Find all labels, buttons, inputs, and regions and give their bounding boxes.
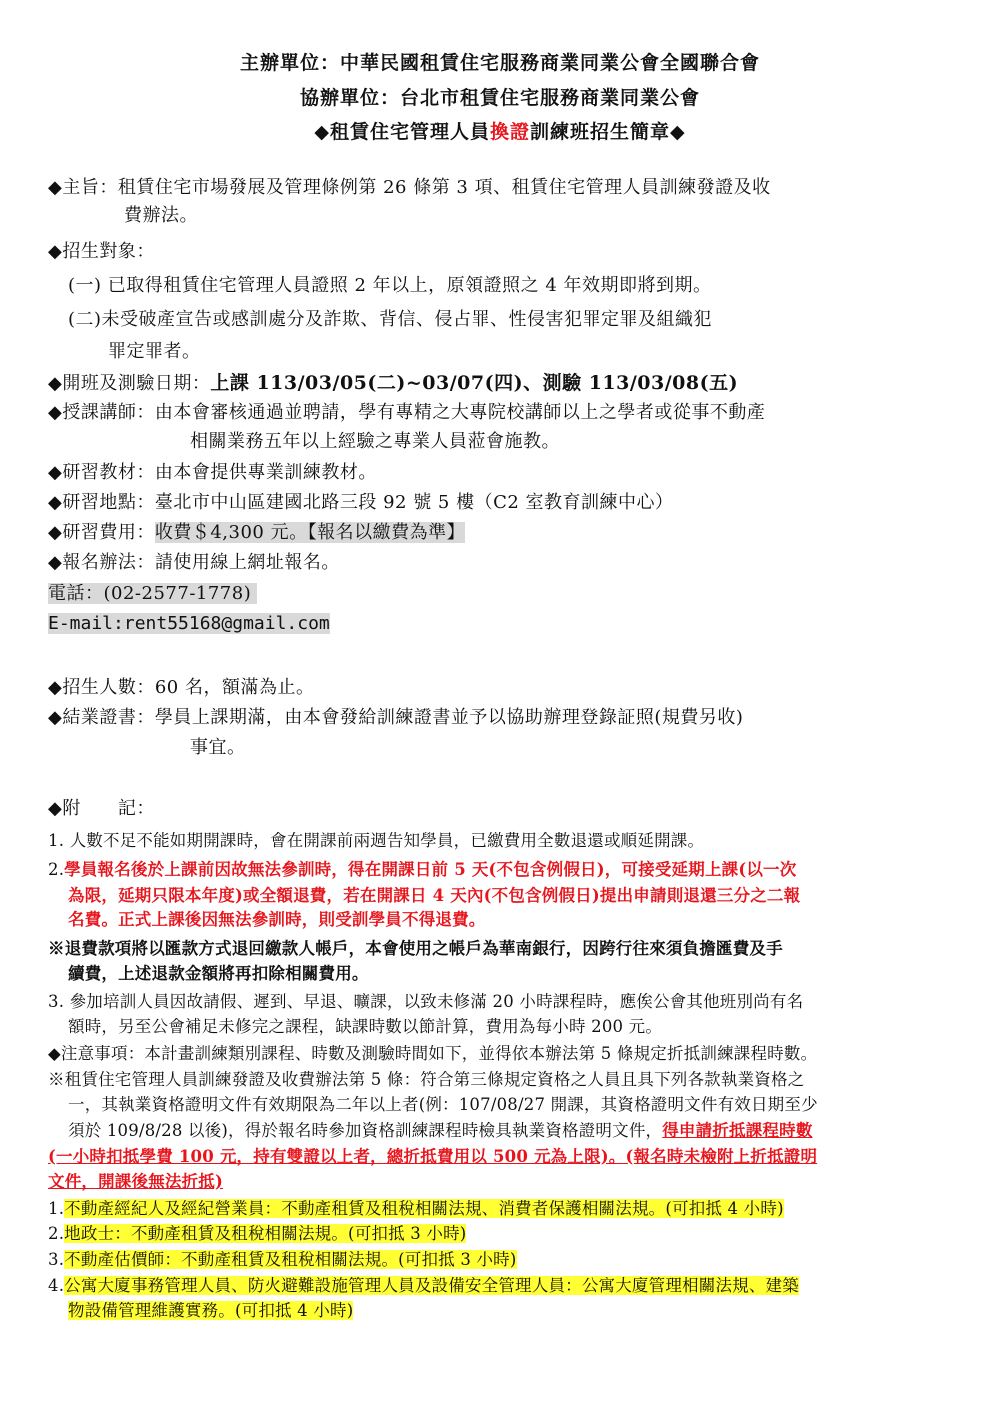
rule5-deduction-highlight: 得申請折抵課程時數 — [662, 1121, 812, 1140]
instructors-text-cont: 相關業務五年以上經驗之專業人員蒞會施教。 — [190, 430, 560, 454]
rule5-note: ※租賃住宅管理人員訓練發證及收費辦法第 5 條：符合第三條規定資格之人員且具下列… — [48, 1068, 804, 1092]
deduction-item-1: 1.不動產經紀人及經紀營業員：不動產租賃及租稅相關法規、消費者保護相關法規。(可… — [48, 1197, 784, 1221]
purpose-text: 租賃住宅市場發展及管理條例第 26 條第 3 項、租賃住宅管理人員訓練發證及收 — [118, 177, 771, 198]
rule5-note-cont-1: 一，其執業資格證明文件有效期限為二年以上者(例：107/08/27 開課，其資格… — [68, 1093, 818, 1117]
note-3-cont: 額時，另至公會補足未修完之課程，缺課時數以節計算，費用為每小時 200 元。 — [68, 1015, 662, 1039]
materials-value: 由本會提供專業訓練教材。 — [155, 462, 377, 483]
registration-value: 請使用線上網址報名。 — [155, 552, 340, 573]
certificate-label: ◆結業證書： — [48, 707, 155, 728]
rule5-text: 須於 109/8/28 以後)，得於報名時參加資格訓練課程時檢具執業資格證明文件… — [68, 1121, 662, 1140]
eligibility-item-2-cont: 罪定罪者。 — [108, 340, 201, 364]
dates-value: 上課 113/03/05(二)~03/07(四)、測驗 113/03/08(五) — [210, 372, 738, 394]
brochure-page: 主辦單位：中華民國租賃住宅服務商業同業公會全國聯合會 協辦單位：台北市租賃住宅服… — [0, 0, 1000, 1414]
purpose-section: ◆主旨：租賃住宅市場發展及管理條例第 26 條第 3 項、租賃住宅管理人員訓練發… — [48, 176, 771, 200]
registration-section: ◆報名辦法：請使用線上網址報名。 — [48, 551, 340, 575]
attention-note: ◆注意事項：本計畫訓練類別課程、時數及測驗時間如下，並得依本辦法第 5 條規定折… — [48, 1042, 817, 1066]
location-section: ◆研習地點：臺北市中山區建國北路三段 92 號 5 樓（C2 室教育訓練中心） — [48, 491, 674, 515]
certificate-text: 學員上課期滿，由本會發給訓練證書並予以協助辦理登錄証照(規費另收) — [155, 707, 744, 728]
deduction-text-2: 地政士：不動產租賃及租稅相關法規。(可扣抵 3 小時) — [64, 1224, 466, 1243]
fee-value: 收費＄4,300 元。【報名以繳費為準】 — [155, 522, 465, 543]
instructors-text: 由本會審核通過並聘請，學有專精之大專院校講師以上之學者或從事不動產 — [155, 402, 766, 423]
organizer-line: 主辦單位：中華民國租賃住宅服務商業同業公會全國聯合會 — [0, 48, 1000, 75]
rule5-deduction-detail: (一小時扣抵學費 100 元，持有雙證以上者，總折抵費用以 500 元為上限)。… — [48, 1145, 817, 1169]
note-2-cont-1: 為限，延期只限本年度)或全額退費，若在開課日 4 天內(不包含例假日)提出申請則… — [68, 884, 800, 908]
deduction-text-1: 不動產經紀人及經紀營業員：不動產租賃及租稅相關法規、消費者保護相關法規。(可扣抵… — [64, 1199, 784, 1218]
note-3: 3. 參加培訓人員因故請假、遲到、早退、曠課，以致未修滿 20 小時課程時，應俟… — [48, 990, 803, 1014]
capacity-label: ◆招生人數： — [48, 677, 155, 698]
materials-section: ◆研習教材：由本會提供專業訓練教材。 — [48, 461, 377, 485]
capacity-section: ◆招生人數：60 名，額滿為止。 — [48, 676, 314, 700]
location-label: ◆研習地點： — [48, 492, 155, 513]
deduction-num-2: 2. — [48, 1224, 64, 1243]
deduction-item-4-cont: 物設備管理維護實務。(可扣抵 4 小時) — [68, 1299, 353, 1323]
note-2-text: 學員報名後於上課前因故無法參訓時，得在開課日前 5 天(不包含例假日)，可接受延… — [64, 860, 796, 879]
location-value: 臺北市中山區建國北路三段 92 號 5 樓（C2 室教育訓練中心） — [155, 492, 674, 513]
eligibility-label: ◆招生對象： — [48, 240, 155, 264]
note-2-cont-2: 名費。正式上課後因無法參訓時，則受訓學員不得退費。 — [68, 908, 486, 932]
deduction-text-3: 不動產估價師：不動產租賃及租稅相關法規。(可扣抵 3 小時) — [64, 1250, 516, 1269]
certificate-text-cont: 事宜。 — [190, 736, 246, 760]
deduction-item-4: 4.公寓大廈事務管理人員、防火避難設施管理人員及設備安全管理人員：公寓大廈管理相… — [48, 1274, 799, 1298]
instructors-label: ◆授課講師： — [48, 402, 155, 423]
phone-text: 電話：(02-2577-1778) — [48, 583, 257, 604]
notes-label: ◆附 記： — [48, 797, 155, 821]
deduction-text-4-cont: 物設備管理維護實務。(可扣抵 4 小時) — [68, 1301, 353, 1320]
fee-section: ◆研習費用：收費＄4,300 元。【報名以繳費為準】 — [48, 521, 465, 545]
certificate-section: ◆結業證書：學員上課期滿，由本會發給訓練證書並予以協助辦理登錄証照(規費另收) — [48, 706, 743, 730]
email-link[interactable]: E-mail:rent55168@gmail.com — [48, 613, 330, 634]
deduction-num-4: 4. — [48, 1276, 64, 1295]
title-suffix: 訓練班招生簡章◆ — [530, 121, 686, 143]
instructors-section: ◆授課講師：由本會審核通過並聘請，學有專精之大專院校講師以上之學者或從事不動產 — [48, 401, 765, 425]
page-title: ◆租賃住宅管理人員換證訓練班招生簡章◆ — [0, 117, 1000, 144]
purpose-text-cont: 費辦法。 — [124, 204, 198, 228]
refund-note: ※退費款項將以匯款方式退回繳款人帳戶，本會使用之帳戶為華南銀行，因跨行往來須負擔… — [48, 937, 783, 961]
deduction-num-1: 1. — [48, 1199, 64, 1218]
note-2-num: 2. — [48, 860, 64, 879]
registration-label: ◆報名辦法： — [48, 552, 155, 573]
deduction-item-3: 3.不動產估價師：不動產租賃及租稅相關法規。(可扣抵 3 小時) — [48, 1248, 517, 1272]
contact-phone: 電話：(02-2577-1778) — [48, 582, 257, 606]
materials-label: ◆研習教材： — [48, 462, 155, 483]
dates-label: ◆開班及測驗日期： — [48, 373, 210, 394]
rule5-note-cont-2: 須於 109/8/28 以後)，得於報名時參加資格訓練課程時檢具執業資格證明文件… — [68, 1119, 813, 1143]
fee-label: ◆研習費用： — [48, 522, 155, 543]
dates-section: ◆開班及測驗日期：上課 113/03/05(二)~03/07(四)、測驗 113… — [48, 371, 738, 396]
refund-note-cont: 續費，上述退款金額將再扣除相關費用。 — [68, 962, 369, 986]
co-organizer-line: 協辦單位：台北市租賃住宅服務商業同業公會 — [0, 83, 1000, 110]
capacity-value: 60 名，額滿為止。 — [155, 677, 315, 698]
purpose-label: ◆主旨： — [48, 177, 118, 198]
deduction-text-4: 公寓大廈事務管理人員、防火避難設施管理人員及設備安全管理人員：公寓大廈管理相關法… — [64, 1276, 799, 1295]
deduction-num-3: 3. — [48, 1250, 64, 1269]
rule5-deduction-detail-cont: 文件，開課後無法折抵) — [48, 1170, 223, 1194]
note-1: 1. 人數不足不能如期開課時，會在開課前兩週告知學員，已繳費用全數退還或順延開課… — [48, 829, 704, 853]
contact-email[interactable]: E-mail:rent55168@gmail.com — [48, 612, 330, 636]
title-highlight: 換證 — [490, 121, 530, 143]
eligibility-item-2: (二)未受破產宣告或感訓處分及詐欺、背信、侵占罪、性侵害犯罪定罪及組織犯 — [68, 308, 712, 332]
note-2: 2.學員報名後於上課前因故無法參訓時，得在開課日前 5 天(不包含例假日)，可接… — [48, 858, 796, 882]
eligibility-item-1: (一) 已取得租賃住宅管理人員證照 2 年以上，原領證照之 4 年效期即將到期。 — [68, 274, 712, 298]
deduction-item-2: 2.地政士：不動產租賃及租稅相關法規。(可扣抵 3 小時) — [48, 1222, 466, 1246]
title-prefix: ◆租賃住宅管理人員 — [314, 121, 490, 143]
